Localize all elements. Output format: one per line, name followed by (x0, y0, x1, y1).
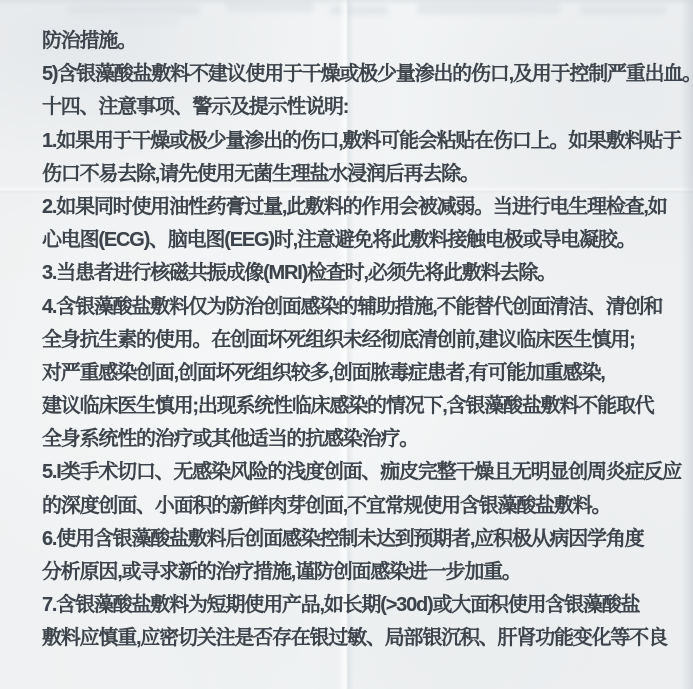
scan-edge-shadow (0, 0, 693, 6)
bleedthrough-ghost-text (330, 6, 388, 15)
text-line-note2-b: 心电图(ECG)、脑电图(EEG)时,注意避免将此敷料接触电极或导电凝胶。 (42, 224, 690, 257)
text-line-note6-b: 分析原因,或寻求新的治疗措施,谨防创面感染进一步加重。 (42, 556, 690, 589)
bleedthrough-ghost-text (418, 3, 560, 14)
text-line-note4-a: 4.含银藻酸盐敷料仅为防治创面感染的辅助措施,不能替代创面清洁、清创和 (42, 291, 690, 324)
text-line-note4-e: 全身系统性的治疗或其他适当的抗感染治疗。 (42, 423, 690, 456)
text-line-prevention-measures: 防治措施。 (42, 25, 690, 58)
text-line-note5-b: 的深度创面、小面积的新鲜肉芽创面,不宜常规使用含银藻酸盐敷料。 (42, 490, 690, 523)
bleedthrough-ghost-text (68, 4, 200, 15)
document-text-block: 防治措施。 5)含银藻酸盐敷料不建议使用于干燥或极少量渗出的伤口,及用于控制严重… (42, 25, 690, 656)
text-line-note5-a: 5.I类手术切口、无感染风险的浅度创面、痂皮完整干燥且无明显创周炎症反应 (42, 456, 690, 489)
text-line-note1-b: 伤口不易去除,请先使用无菌生理盐水浸润后再去除。 (42, 158, 690, 191)
text-line-note4-d: 建议临床医生慎用;出现系统性临床感染的情况下,含银藻酸盐敷料不能取代 (42, 390, 690, 423)
section-heading-14-precautions: 十四、注意事项、警示及提示性说明: (42, 91, 690, 124)
bleedthrough-ghost-text (580, 5, 666, 15)
text-line-note6-a: 6.使用含银藻酸盐敷料后创面感染控制未达到预期者,应积极从病因学角度 (42, 523, 690, 556)
text-line-note1-a: 1.如果用于干燥或极少量渗出的伤口,敷料可能会粘贴在伤口上。如果敷料贴于 (42, 125, 690, 158)
bleedthrough-ghost-text (226, 2, 314, 12)
text-line-note4-b: 全身抗生素的使用。在创面坏死组织未经彻底清创前,建议临床医生慎用; (42, 324, 690, 357)
text-line-note7-b: 敷料应慎重,应密切关注是否存在银过敏、局部银沉积、肝肾功能变化等不良 (42, 622, 690, 655)
text-line-note2-a: 2.如果同时使用油性药膏过量,此敷料的作用会被减弱。当进行电生理检查,如 (42, 191, 690, 224)
text-line-note3-mri: 3.当患者进行核磁共振成像(MRI)检查时,必须先将此敷料去除。 (42, 257, 690, 290)
text-line-note4-c: 对严重感染创面,创面坏死组织较多,创面脓毒症患者,有可能加重感染, (42, 357, 690, 390)
text-line-item5-not-recommended: 5)含银藻酸盐敷料不建议使用于干燥或极少量渗出的伤口,及用于控制严重出血。 (42, 58, 690, 91)
scanned-document-page: 防治措施。 5)含银藻酸盐敷料不建议使用于干燥或极少量渗出的伤口,及用于控制严重… (0, 0, 693, 689)
text-line-note7-a: 7.含银藻酸盐敷料为短期使用产品,如长期(>30d)或大面积使用含银藻酸盐 (42, 589, 690, 622)
bleedthrough-ghost-text (120, 18, 180, 25)
